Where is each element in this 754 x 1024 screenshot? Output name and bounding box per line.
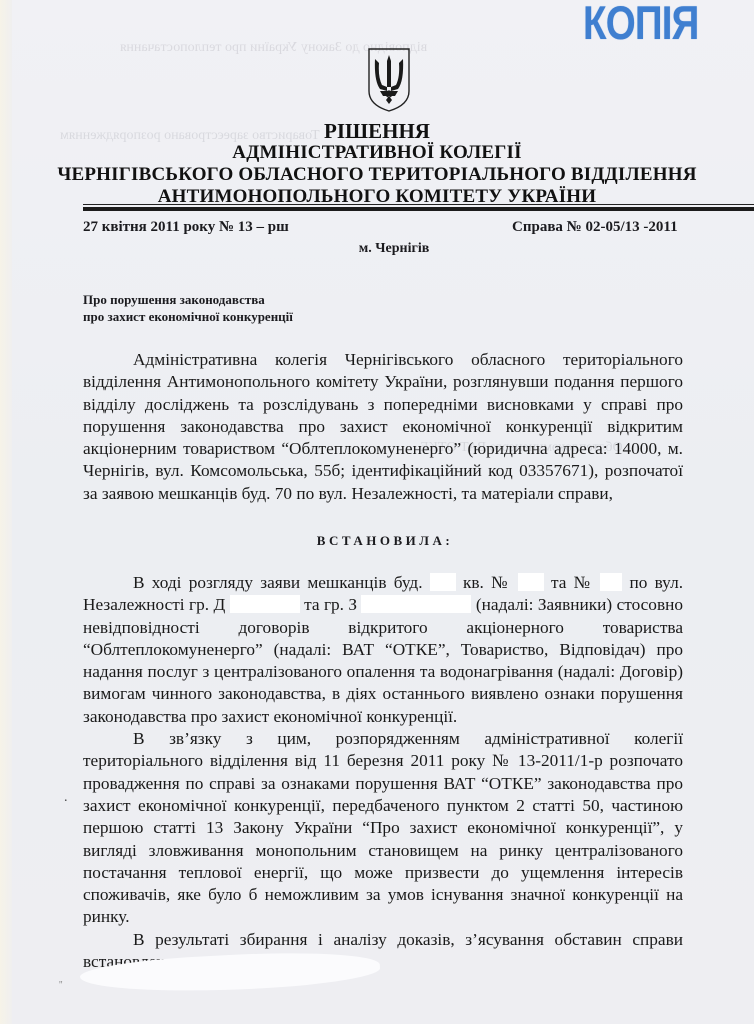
margin-mark: . xyxy=(64,790,68,806)
city: м. Чернігів xyxy=(0,241,754,257)
subject-line-2: про захист економічної конкуренції xyxy=(83,308,293,325)
redacted-area xyxy=(600,573,622,591)
redacted-area xyxy=(230,595,300,613)
case-number: Справа № 02-05/13 -2011 xyxy=(512,219,678,236)
text-fragment: та № xyxy=(551,573,593,592)
text-fragment: В ході розгляду заяви мешканців буд. xyxy=(133,573,423,592)
intro-paragraph-block: Адміністративна колегія Чернігівського о… xyxy=(83,349,683,505)
header-line-2: ЧЕРНІГІВСЬКОГО ОБЛАСНОГО ТЕРИТОРІАЛЬНОГО… xyxy=(0,164,754,186)
header-divider xyxy=(83,204,754,212)
subject-line-1: Про порушення законодавства xyxy=(83,291,293,308)
intro-paragraph: Адміністративна колегія Чернігівського о… xyxy=(83,349,683,505)
text-fragment: кв. № xyxy=(463,573,511,592)
established-heading: ВСТАНОВИЛА: xyxy=(0,533,754,549)
paragraph-proceedings: В зв’язку з цим, розпорядженням адмініст… xyxy=(83,728,683,929)
trident-coat-of-arms-icon xyxy=(366,47,412,113)
redacted-area xyxy=(518,573,544,591)
document-header: РІШЕННЯ АДМІНІСТРАТИВНОЇ КОЛЕГІЇ ЧЕРНІГІ… xyxy=(0,120,754,208)
stray-mark: '' xyxy=(59,980,63,991)
document-page: відповідно до Закону України про теплопо… xyxy=(0,0,754,1024)
findings-block: В ході розгляду заяви мешканців буд. кв.… xyxy=(83,572,683,973)
copy-stamp: КОПІЯ xyxy=(583,0,699,46)
redacted-area xyxy=(361,595,471,613)
subject: Про порушення законодавства про захист е… xyxy=(83,291,293,325)
document-title: РІШЕННЯ xyxy=(0,120,754,142)
text-fragment: та гр. З xyxy=(304,595,357,614)
text-fragment: (надалі: Заявники) стосовно невідповідно… xyxy=(83,595,683,725)
header-line-1: АДМІНІСТРАТИВНОЇ КОЛЕГІЇ xyxy=(0,142,754,164)
redacted-area xyxy=(430,573,456,591)
paragraph-complaint: В ході розгляду заяви мешканців буд. кв.… xyxy=(83,572,683,728)
decision-date-number: 27 квітня 2011 року № 13 – рш xyxy=(83,219,289,236)
